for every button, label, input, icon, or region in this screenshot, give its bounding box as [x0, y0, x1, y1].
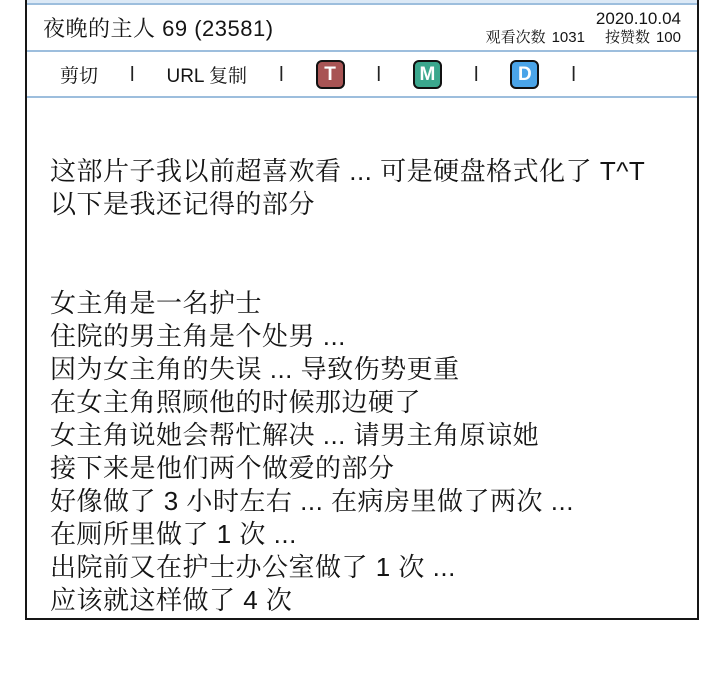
toolbar-separator: l: [474, 64, 478, 87]
body-line: [50, 221, 677, 254]
post-date: 2020.10.04: [486, 9, 681, 29]
body-line: 以下是我还记得的部分: [50, 188, 677, 221]
toolbar-separator: l: [571, 64, 575, 87]
body-line: 住院的男主角是个处男 ...: [50, 320, 677, 353]
body-line: 在厕所里做了 1 次 ...: [50, 518, 677, 551]
body-line: [50, 254, 677, 287]
body-line: 在女主角照顾他的时候那边硬了: [50, 386, 677, 419]
url-copy-button[interactable]: URL 复制: [166, 61, 247, 88]
body-line: 女主角说她会帮忙解决 ... 请男主角原谅她: [50, 419, 677, 452]
post-stats: 观看次数1031按赞数100: [486, 29, 681, 46]
body-line: 这部片子我以前超喜欢看 ... 可是硬盘格式化了 T^T: [50, 155, 677, 188]
post-panel: 夜晚的主人 69 (23581) 2020.10.04 观看次数1031按赞数1…: [25, 0, 699, 620]
screen: 夜晚的主人 69 (23581) 2020.10.04 观看次数1031按赞数1…: [0, 0, 720, 700]
likes-count: 100: [656, 29, 681, 46]
body-line: 应该就这样做了 4 次: [50, 584, 677, 617]
views-stat: 观看次数1031: [486, 29, 585, 46]
toolbar: 剪切 l URL 复制 l T l M l D l: [27, 52, 697, 98]
body-line: 出院前又在护士办公室做了 1 次 ...: [50, 551, 677, 584]
post-title: 夜晚的主人 69 (23581): [43, 12, 274, 43]
views-count: 1031: [552, 29, 585, 46]
toolbar-separator: l: [279, 64, 283, 87]
post-meta: 2020.10.04 观看次数1031按赞数100: [486, 9, 681, 46]
likes-label: 按赞数: [605, 29, 650, 46]
body-line: 接下来是他们两个做爱的部分: [50, 452, 677, 485]
post-header: 夜晚的主人 69 (23581) 2020.10.04 观看次数1031按赞数1…: [27, 5, 697, 52]
body-line: 因为女主角的失误 ... 导致伤势更重: [50, 353, 677, 386]
toolbar-separator: l: [130, 64, 134, 87]
likes-stat: 按赞数100: [605, 29, 681, 46]
d-badge-icon[interactable]: D: [510, 60, 539, 89]
m-badge-icon[interactable]: M: [413, 60, 442, 89]
body-line: 女主角是一名护士: [50, 287, 677, 320]
post-body: 这部片子我以前超喜欢看 ... 可是硬盘格式化了 T^T 以下是我还记得的部分 …: [27, 98, 697, 617]
cut-button[interactable]: 剪切: [60, 61, 98, 88]
body-line: 好像做了 3 小时左右 ... 在病房里做了两次 ...: [50, 485, 677, 518]
views-label: 观看次数: [486, 29, 546, 46]
t-badge-icon[interactable]: T: [316, 60, 345, 89]
toolbar-separator: l: [377, 64, 381, 87]
